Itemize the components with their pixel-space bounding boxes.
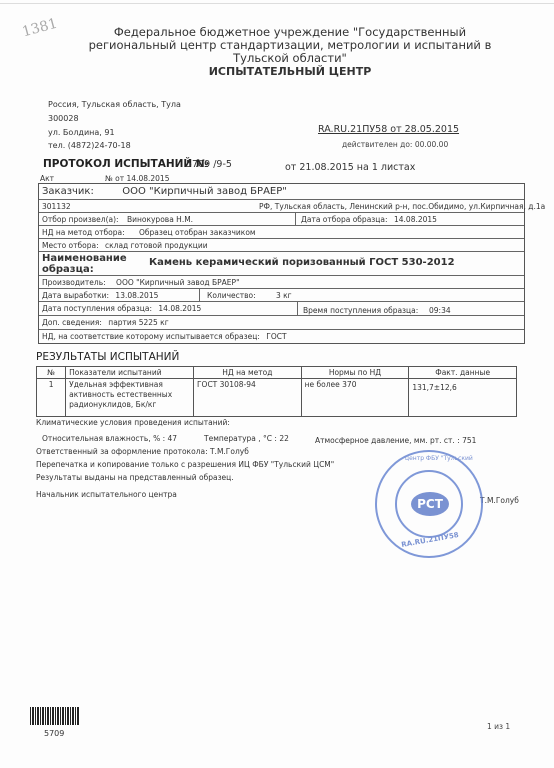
nd-row: НД, на соответствие которому испытываетс…: [39, 330, 524, 343]
sampler-label: Отбор произвел(а):: [42, 215, 119, 224]
arrival-date-value: 14.08.2015: [158, 304, 201, 313]
method-row: НД на метод отбора: Образец отобран зака…: [39, 226, 524, 239]
sample-name-value: Камень керамический поризованный ГОСТ 53…: [149, 257, 455, 268]
manufacturer-label: Производитель:: [42, 278, 106, 287]
sampler-row: Отбор произвел(а): Винокурова Н.М. Дата …: [39, 213, 524, 226]
table-row: 1 Удельная эффективная активность естест…: [37, 379, 517, 417]
sample-name-row: Наименование образца: Камень керамически…: [39, 252, 524, 276]
extra-value: партия 5225 кг: [108, 318, 168, 327]
nd-value: ГОСТ: [266, 332, 286, 341]
header-norm: Нормы по НД: [301, 367, 409, 379]
sample-name-label-1: Наименование: [42, 253, 127, 264]
address-region: Россия, Тульская область, Тула: [48, 100, 181, 109]
rst-logo-icon: РСТ: [411, 492, 449, 516]
temperature: Температура , °С : 22: [204, 434, 289, 443]
place-label: Место отбора:: [42, 241, 99, 250]
document-page: 1381 Федеральное бюджетное учреждение "Г…: [0, 0, 554, 768]
column-divider: [199, 289, 200, 301]
conditions-title: Климатические условия проведения испытан…: [36, 418, 230, 427]
header-actual: Факт. данные: [409, 367, 517, 379]
address-street: ул. Болдина, 91: [48, 128, 115, 137]
cell-no: 1: [37, 379, 66, 417]
place-row: Место отбора: склад готовой продукции: [39, 239, 524, 252]
column-divider: [297, 302, 298, 315]
header-line-4: ИСПЫТАТЕЛЬНЫЙ ЦЕНТР: [70, 65, 510, 78]
results-table: № Показатели испытаний НД на метод Нормы…: [36, 366, 517, 417]
head-label: Начальник испытательного центра: [36, 490, 177, 499]
quantity-value: 3 кг: [276, 289, 292, 302]
cell-indicator: Удельная эффективная активность естестве…: [66, 379, 194, 417]
act-label: Акт: [40, 174, 54, 183]
customer-label: Заказчик:: [42, 186, 94, 197]
customer-postcode: 301132: [42, 202, 71, 211]
production-date-value: 13.08.2015: [115, 291, 158, 300]
header-indicator: Показатели испытаний: [66, 367, 194, 379]
address-phone: тел. (4872)24-70-18: [48, 141, 131, 150]
arrival-row: Дата поступления образца: 14.08.2015 Вре…: [39, 302, 524, 316]
responsible: Ответственный за оформление протокола: Т…: [36, 447, 249, 456]
results-header-row: № Показатели испытаний НД на метод Нормы…: [37, 367, 517, 379]
method-value: Образец отобран заказчиком: [139, 228, 256, 237]
extra-row: Доп. сведения: партия 5225 кг: [39, 316, 524, 330]
stamp-inner-circle: РСТ: [395, 470, 463, 538]
postcode-row: 301132 РФ, Тульская область, Ленинский р…: [39, 200, 524, 213]
quantity-label: Количество:: [207, 289, 256, 302]
act-number: № от 14.08.2015: [105, 174, 169, 183]
nd-label: НД, на соответствие которому испытываетс…: [42, 332, 260, 341]
header-no: №: [37, 367, 66, 379]
address-postcode: 300028: [48, 114, 79, 123]
humidity: Относительная влажность, % : 47: [42, 434, 177, 443]
protocol-number: 5709 /9-5: [186, 159, 232, 170]
accreditation-valid: действителен до: 00.00.00: [342, 140, 448, 149]
header-method: НД на метод: [193, 367, 301, 379]
production-row: Дата выработки: 13.08.2015 Количество: 3…: [39, 289, 524, 302]
protocol-date: от 21.08.2015 на 1 листах: [285, 162, 415, 173]
head-name: Т.М.Голуб: [480, 496, 519, 505]
official-stamp: центр ФБУ "Тульский РСТ RA.RU.21ПУ58: [375, 450, 483, 558]
manufacturer-value: ООО "Кирпичный завод БРАЕР": [116, 278, 239, 287]
sample-date-value: 14.08.2015: [394, 213, 437, 226]
organization-header: Федеральное бюджетное учреждение "Госуда…: [70, 26, 510, 78]
extra-label: Доп. сведения:: [42, 318, 102, 327]
accreditation-cert: RA.RU.21ПУ58 от 28.05.2015: [318, 124, 459, 135]
manufacturer-row: Производитель: ООО "Кирпичный завод БРАЕ…: [39, 276, 524, 289]
barcode-number: 5709: [44, 729, 64, 738]
sample-date-label: Дата отбора образца:: [301, 213, 388, 226]
sample-name-label-2: образца:: [42, 264, 127, 275]
cell-actual: 131,7±12,6: [409, 379, 517, 417]
protocol-title: ПРОТОКОЛ ИСПЫТАНИЙ №: [43, 158, 208, 170]
customer-address: РФ, Тульская область, Ленинский р-н, пос…: [259, 200, 545, 213]
customer-row: Заказчик: ООО "Кирпичный завод БРАЕР": [39, 184, 524, 200]
sampler-value: Винокурова Н.М.: [127, 215, 193, 224]
results-title: РЕЗУЛЬТАТЫ ИСПЫТАНИЙ: [36, 351, 179, 363]
results-note: Результаты выданы на представленный обра…: [36, 473, 234, 482]
arrival-date-label: Дата поступления образца:: [42, 304, 152, 313]
place-value: склад готовой продукции: [105, 241, 208, 250]
column-divider: [295, 213, 296, 225]
reprint-note: Перепечатка и копирование только с разре…: [36, 460, 334, 469]
handwritten-note: 1381: [21, 16, 60, 41]
sample-info-table: Заказчик: ООО "Кирпичный завод БРАЕР" 30…: [38, 183, 525, 344]
cell-method: ГОСТ 30108-94: [193, 379, 301, 417]
barcode-icon: [30, 707, 80, 725]
method-label: НД на метод отбора:: [42, 228, 125, 237]
pressure: Атмосферное давление, мм. рт. ст. : 751: [315, 436, 476, 445]
header-line-3: Тульской области": [70, 52, 510, 65]
page-number: 1 из 1: [487, 722, 510, 731]
customer-value: ООО "Кирпичный завод БРАЕР": [122, 186, 287, 197]
cell-norm: не более 370: [301, 379, 409, 417]
stamp-ring-text: центр ФБУ "Тульский: [405, 455, 473, 462]
production-date-label: Дата выработки:: [42, 291, 109, 300]
scan-edge-line: [0, 3, 554, 4]
